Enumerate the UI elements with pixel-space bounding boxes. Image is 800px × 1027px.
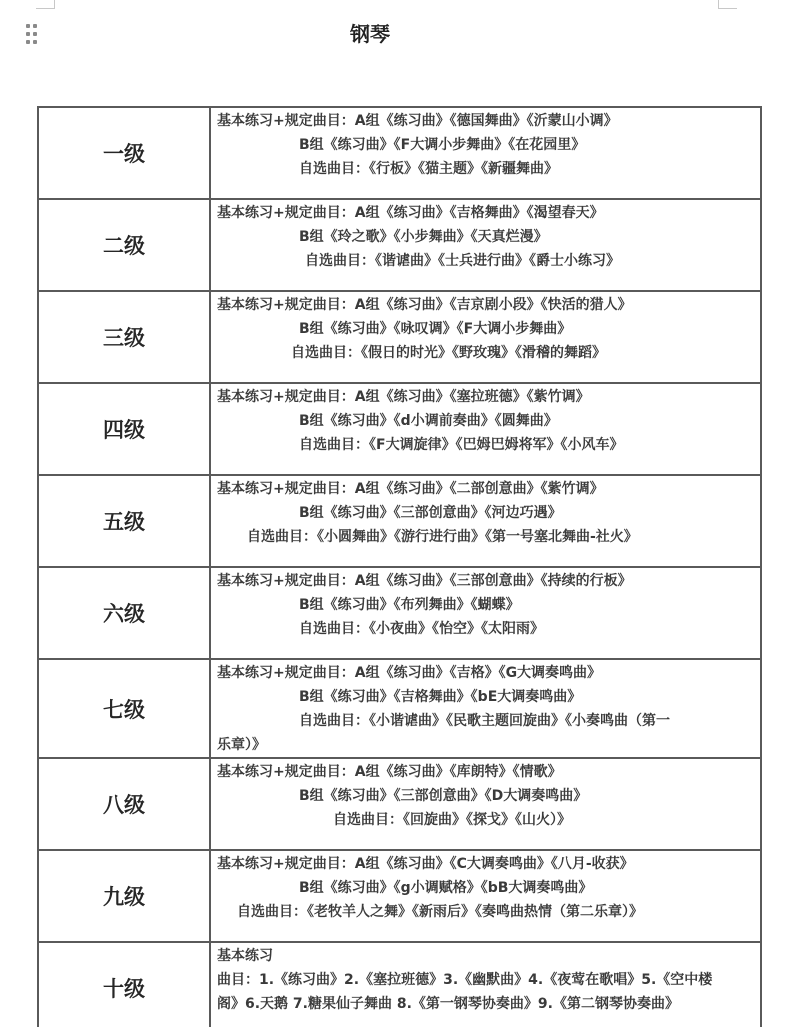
- repertoire-line: 基本练习+规定曲目：A组《练习曲》《C大调奏鸣曲》《八月-收获》: [217, 852, 756, 876]
- repertoire-line: 基本练习+规定曲目：A组《练习曲》《二部创意曲》《紫竹调》: [217, 477, 756, 501]
- repertoire-line: 曲目：1.《练习曲》2.《塞拉班德》3.《幽默曲》4.《夜莺在歌唱》5.《空中楼: [217, 968, 756, 992]
- grade-repertoire-table: 一级基本练习+规定曲目：A组《练习曲》《德国舞曲》《沂蒙山小调》B组《练习曲》《…: [37, 106, 762, 1027]
- repertoire-line: B组《练习曲》《咏叹调》《F大调小步舞曲》: [217, 317, 756, 341]
- grade-level-cell: 二级: [38, 199, 210, 291]
- grade-row: 六级基本练习+规定曲目：A组《练习曲》《三部创意曲》《持续的行板》B组《练习曲》…: [38, 567, 761, 659]
- repertoire-line: 基本练习+规定曲目：A组《练习曲》《三部创意曲》《持续的行板》: [217, 569, 756, 593]
- grade-repertoire-cell: 基本练习+规定曲目：A组《练习曲》《吉格舞曲》《渴望春天》B组《玲之歌》《小步舞…: [210, 199, 761, 291]
- grade-level-cell: 七级: [38, 659, 210, 758]
- grade-row: 二级基本练习+规定曲目：A组《练习曲》《吉格舞曲》《渴望春天》B组《玲之歌》《小…: [38, 199, 761, 291]
- repertoire-line: 基本练习+规定曲目：A组《练习曲》《吉格》《G大调奏鸣曲》: [217, 661, 756, 685]
- grade-row: 五级基本练习+规定曲目：A组《练习曲》《二部创意曲》《紫竹调》B组《练习曲》《三…: [38, 475, 761, 567]
- repertoire-line: 基本练习+规定曲目：A组《练习曲》《库朗特》《情歌》: [217, 760, 756, 784]
- repertoire-line: 自选曲目：《小谐谑曲》《民歌主题回旋曲》《小奏鸣曲（第一: [217, 709, 756, 733]
- grade-level-cell: 五级: [38, 475, 210, 567]
- repertoire-line: 基本练习+规定曲目：A组《练习曲》《塞拉班德》《紫竹调》: [217, 385, 756, 409]
- grade-row: 四级基本练习+规定曲目：A组《练习曲》《塞拉班德》《紫竹调》B组《练习曲》《d小…: [38, 383, 761, 475]
- repertoire-line: 自选曲目：《小夜曲》《怡空》《太阳雨》: [217, 617, 756, 641]
- page-corner-mark-right: [718, 0, 737, 9]
- repertoire-line: B组《练习曲》《吉格舞曲》《bE大调奏鸣曲》: [217, 685, 756, 709]
- grade-row: 一级基本练习+规定曲目：A组《练习曲》《德国舞曲》《沂蒙山小调》B组《练习曲》《…: [38, 107, 761, 199]
- repertoire-line: 自选曲目：《老牧羊人之舞》《新雨后》《奏鸣曲热情（第二乐章）》: [217, 900, 756, 924]
- grade-repertoire-cell: 基本练习+规定曲目：A组《练习曲》《库朗特》《情歌》B组《练习曲》《三部创意曲》…: [210, 758, 761, 850]
- grade-level-cell: 十级: [38, 942, 210, 1027]
- repertoire-line: B组《练习曲》《三部创意曲》《D大调奏鸣曲》: [217, 784, 756, 808]
- repertoire-line: 自选曲目：《假日的时光》《野玫瑰》《滑稽的舞蹈》: [217, 341, 756, 365]
- grade-row: 七级基本练习+规定曲目：A组《练习曲》《吉格》《G大调奏鸣曲》B组《练习曲》《吉…: [38, 659, 761, 758]
- repertoire-line: 自选曲目：《F大调旋律》《巴姆巴姆将军》《小风车》: [217, 433, 756, 457]
- grade-row: 十级基本练习曲目：1.《练习曲》2.《塞拉班德》3.《幽默曲》4.《夜莺在歌唱》…: [38, 942, 761, 1027]
- grade-repertoire-cell: 基本练习+规定曲目：A组《练习曲》《吉格》《G大调奏鸣曲》B组《练习曲》《吉格舞…: [210, 659, 761, 758]
- repertoire-line: 基本练习: [217, 944, 756, 968]
- grade-level-cell: 六级: [38, 567, 210, 659]
- grade-level-cell: 三级: [38, 291, 210, 383]
- repertoire-line: B组《玲之歌》《小步舞曲》《天真烂漫》: [217, 225, 756, 249]
- grade-repertoire-cell: 基本练习+规定曲目：A组《练习曲》《C大调奏鸣曲》《八月-收获》B组《练习曲》《…: [210, 850, 761, 942]
- repertoire-line: B组《练习曲》《d小调前奏曲》《圆舞曲》: [217, 409, 756, 433]
- page-corner-mark-left: [36, 0, 55, 9]
- repertoire-line: B组《练习曲》《三部创意曲》《河边巧遇》: [217, 501, 756, 525]
- repertoire-line: 基本练习+规定曲目：A组《练习曲》《德国舞曲》《沂蒙山小调》: [217, 109, 756, 133]
- repertoire-line: 基本练习+规定曲目：A组《练习曲》《吉格舞曲》《渴望春天》: [217, 201, 756, 225]
- repertoire-line: 自选曲目：《谐谑曲》《士兵进行曲》《爵士小练习》: [217, 249, 756, 273]
- grade-row: 九级基本练习+规定曲目：A组《练习曲》《C大调奏鸣曲》《八月-收获》B组《练习曲…: [38, 850, 761, 942]
- grade-row: 八级基本练习+规定曲目：A组《练习曲》《库朗特》《情歌》B组《练习曲》《三部创意…: [38, 758, 761, 850]
- grade-row: 三级基本练习+规定曲目：A组《练习曲》《吉京剧小段》《快活的猎人》B组《练习曲》…: [38, 291, 761, 383]
- repertoire-line: 自选曲目：《小圆舞曲》《游行进行曲》《第一号塞北舞曲-社火》: [217, 525, 756, 549]
- grade-repertoire-cell: 基本练习曲目：1.《练习曲》2.《塞拉班德》3.《幽默曲》4.《夜莺在歌唱》5.…: [210, 942, 761, 1027]
- document-title: 钢琴: [0, 18, 740, 47]
- repertoire-line: B组《练习曲》《F大调小步舞曲》《在花园里》: [217, 133, 756, 157]
- repertoire-line: B组《练习曲》《布列舞曲》《蝴蝶》: [217, 593, 756, 617]
- repertoire-line: 自选曲目：《回旋曲》《探戈》《山火）》: [217, 808, 756, 832]
- grade-repertoire-cell: 基本练习+规定曲目：A组《练习曲》《三部创意曲》《持续的行板》B组《练习曲》《布…: [210, 567, 761, 659]
- repertoire-line: 乐章）》: [217, 733, 756, 757]
- repertoire-line: 自选曲目：《行板》《猫主题》《新疆舞曲》: [217, 157, 756, 181]
- grade-repertoire-cell: 基本练习+规定曲目：A组《练习曲》《吉京剧小段》《快活的猎人》B组《练习曲》《咏…: [210, 291, 761, 383]
- grade-level-cell: 一级: [38, 107, 210, 199]
- grade-repertoire-cell: 基本练习+规定曲目：A组《练习曲》《二部创意曲》《紫竹调》B组《练习曲》《三部创…: [210, 475, 761, 567]
- grade-repertoire-cell: 基本练习+规定曲目：A组《练习曲》《塞拉班德》《紫竹调》B组《练习曲》《d小调前…: [210, 383, 761, 475]
- repertoire-line: B组《练习曲》《g小调赋格》《bB大调奏鸣曲》: [217, 876, 756, 900]
- repertoire-line: 阁》6.天鹅 7.糖果仙子舞曲 8.《第一钢琴协奏曲》9.《第二钢琴协奏曲》: [217, 992, 756, 1016]
- grade-level-cell: 九级: [38, 850, 210, 942]
- repertoire-line: 基本练习+规定曲目：A组《练习曲》《吉京剧小段》《快活的猎人》: [217, 293, 756, 317]
- grade-level-cell: 八级: [38, 758, 210, 850]
- grade-level-cell: 四级: [38, 383, 210, 475]
- grade-repertoire-cell: 基本练习+规定曲目：A组《练习曲》《德国舞曲》《沂蒙山小调》B组《练习曲》《F大…: [210, 107, 761, 199]
